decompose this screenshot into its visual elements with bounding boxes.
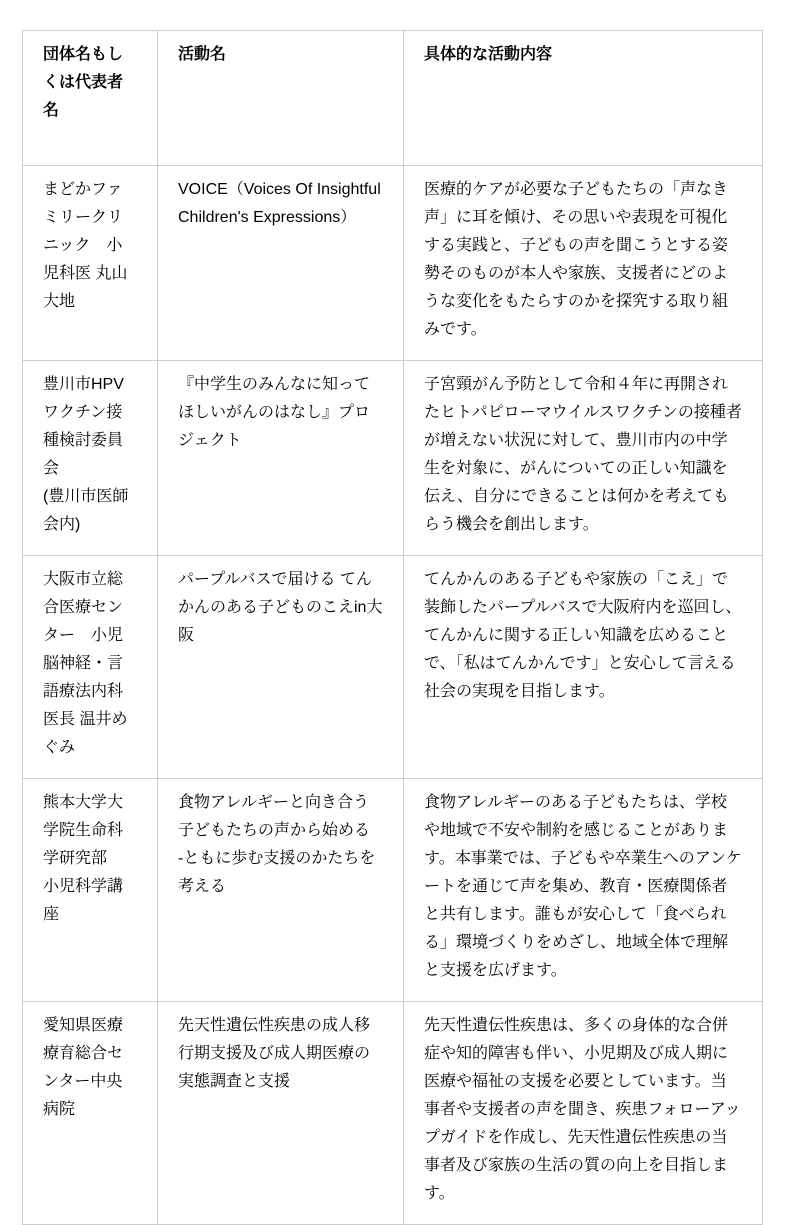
cell-details: 食物アレルギーのある子どもたちは、学校や地域で不安や制約を感じることがあります。… [404, 779, 763, 1002]
cell-organization: 豊川市HPVワクチン接種検討委員会 (豊川市医師会内) [23, 361, 158, 556]
cell-activity: 先天性遺伝性疾患の成人移行期支援及び成人期医療の実態調査と支援 [158, 1002, 404, 1225]
cell-organization: 大阪市立総合医療センター 小児脳神経・言語療法内科 医長 温井めぐみ [23, 556, 158, 779]
column-header-organization: 団体名もしくは代表者名 [23, 31, 158, 166]
cell-details: 先天性遺伝性疾患は、多くの身体的な合併症や知的障害も伴い、小児期及び成人期に医療… [404, 1002, 763, 1225]
cell-activity: 食物アレルギーと向き合う子どもたちの声から始める -ともに歩む支援のかたちを考え… [158, 779, 404, 1002]
cell-activity: 『中学生のみんなに知ってほしいがんのはなし』プロジェクト [158, 361, 404, 556]
column-header-activity: 活動名 [158, 31, 404, 166]
column-header-details: 具体的な活動内容 [404, 31, 763, 166]
table-row: 熊本大学大学院生命科学研究部 小児科学講座 食物アレルギーと向き合う子どもたちの… [23, 779, 763, 1002]
cell-details: 医療的ケアが必要な子どもたちの「声なき声」に耳を傾け、その思いや表現を可視化する… [404, 166, 763, 361]
cell-details: てんかんのある子どもや家族の「こえ」で装飾したパープルバスで大阪府内を巡回し、て… [404, 556, 763, 779]
table-row: 愛知県医療療育総合センター中央病院 先天性遺伝性疾患の成人移行期支援及び成人期医… [23, 1002, 763, 1225]
table-header-row: 団体名もしくは代表者名 活動名 具体的な活動内容 [23, 31, 763, 166]
table-row: 豊川市HPVワクチン接種検討委員会 (豊川市医師会内) 『中学生のみんなに知って… [23, 361, 763, 556]
cell-activity: パープルバスで届ける てんかんのある子どものこえin大阪 [158, 556, 404, 779]
cell-organization: 愛知県医療療育総合センター中央病院 [23, 1002, 158, 1225]
activities-table: 団体名もしくは代表者名 活動名 具体的な活動内容 まどかファミリークリニック 小… [22, 30, 763, 1225]
table-row: 大阪市立総合医療センター 小児脳神経・言語療法内科 医長 温井めぐみ パープルバ… [23, 556, 763, 779]
cell-activity: VOICE（Voices Of Insightful Children's Ex… [158, 166, 404, 361]
cell-organization: 熊本大学大学院生命科学研究部 小児科学講座 [23, 779, 158, 1002]
cell-organization: まどかファミリークリニック 小児科医 丸山大地 [23, 166, 158, 361]
document-page: 団体名もしくは代表者名 活動名 具体的な活動内容 まどかファミリークリニック 小… [0, 0, 800, 1135]
cell-details: 子宮頸がん予防として令和４年に再開されたヒトパピローマウイルスワクチンの接種者が… [404, 361, 763, 556]
table-row: まどかファミリークリニック 小児科医 丸山大地 VOICE（Voices Of … [23, 166, 763, 361]
